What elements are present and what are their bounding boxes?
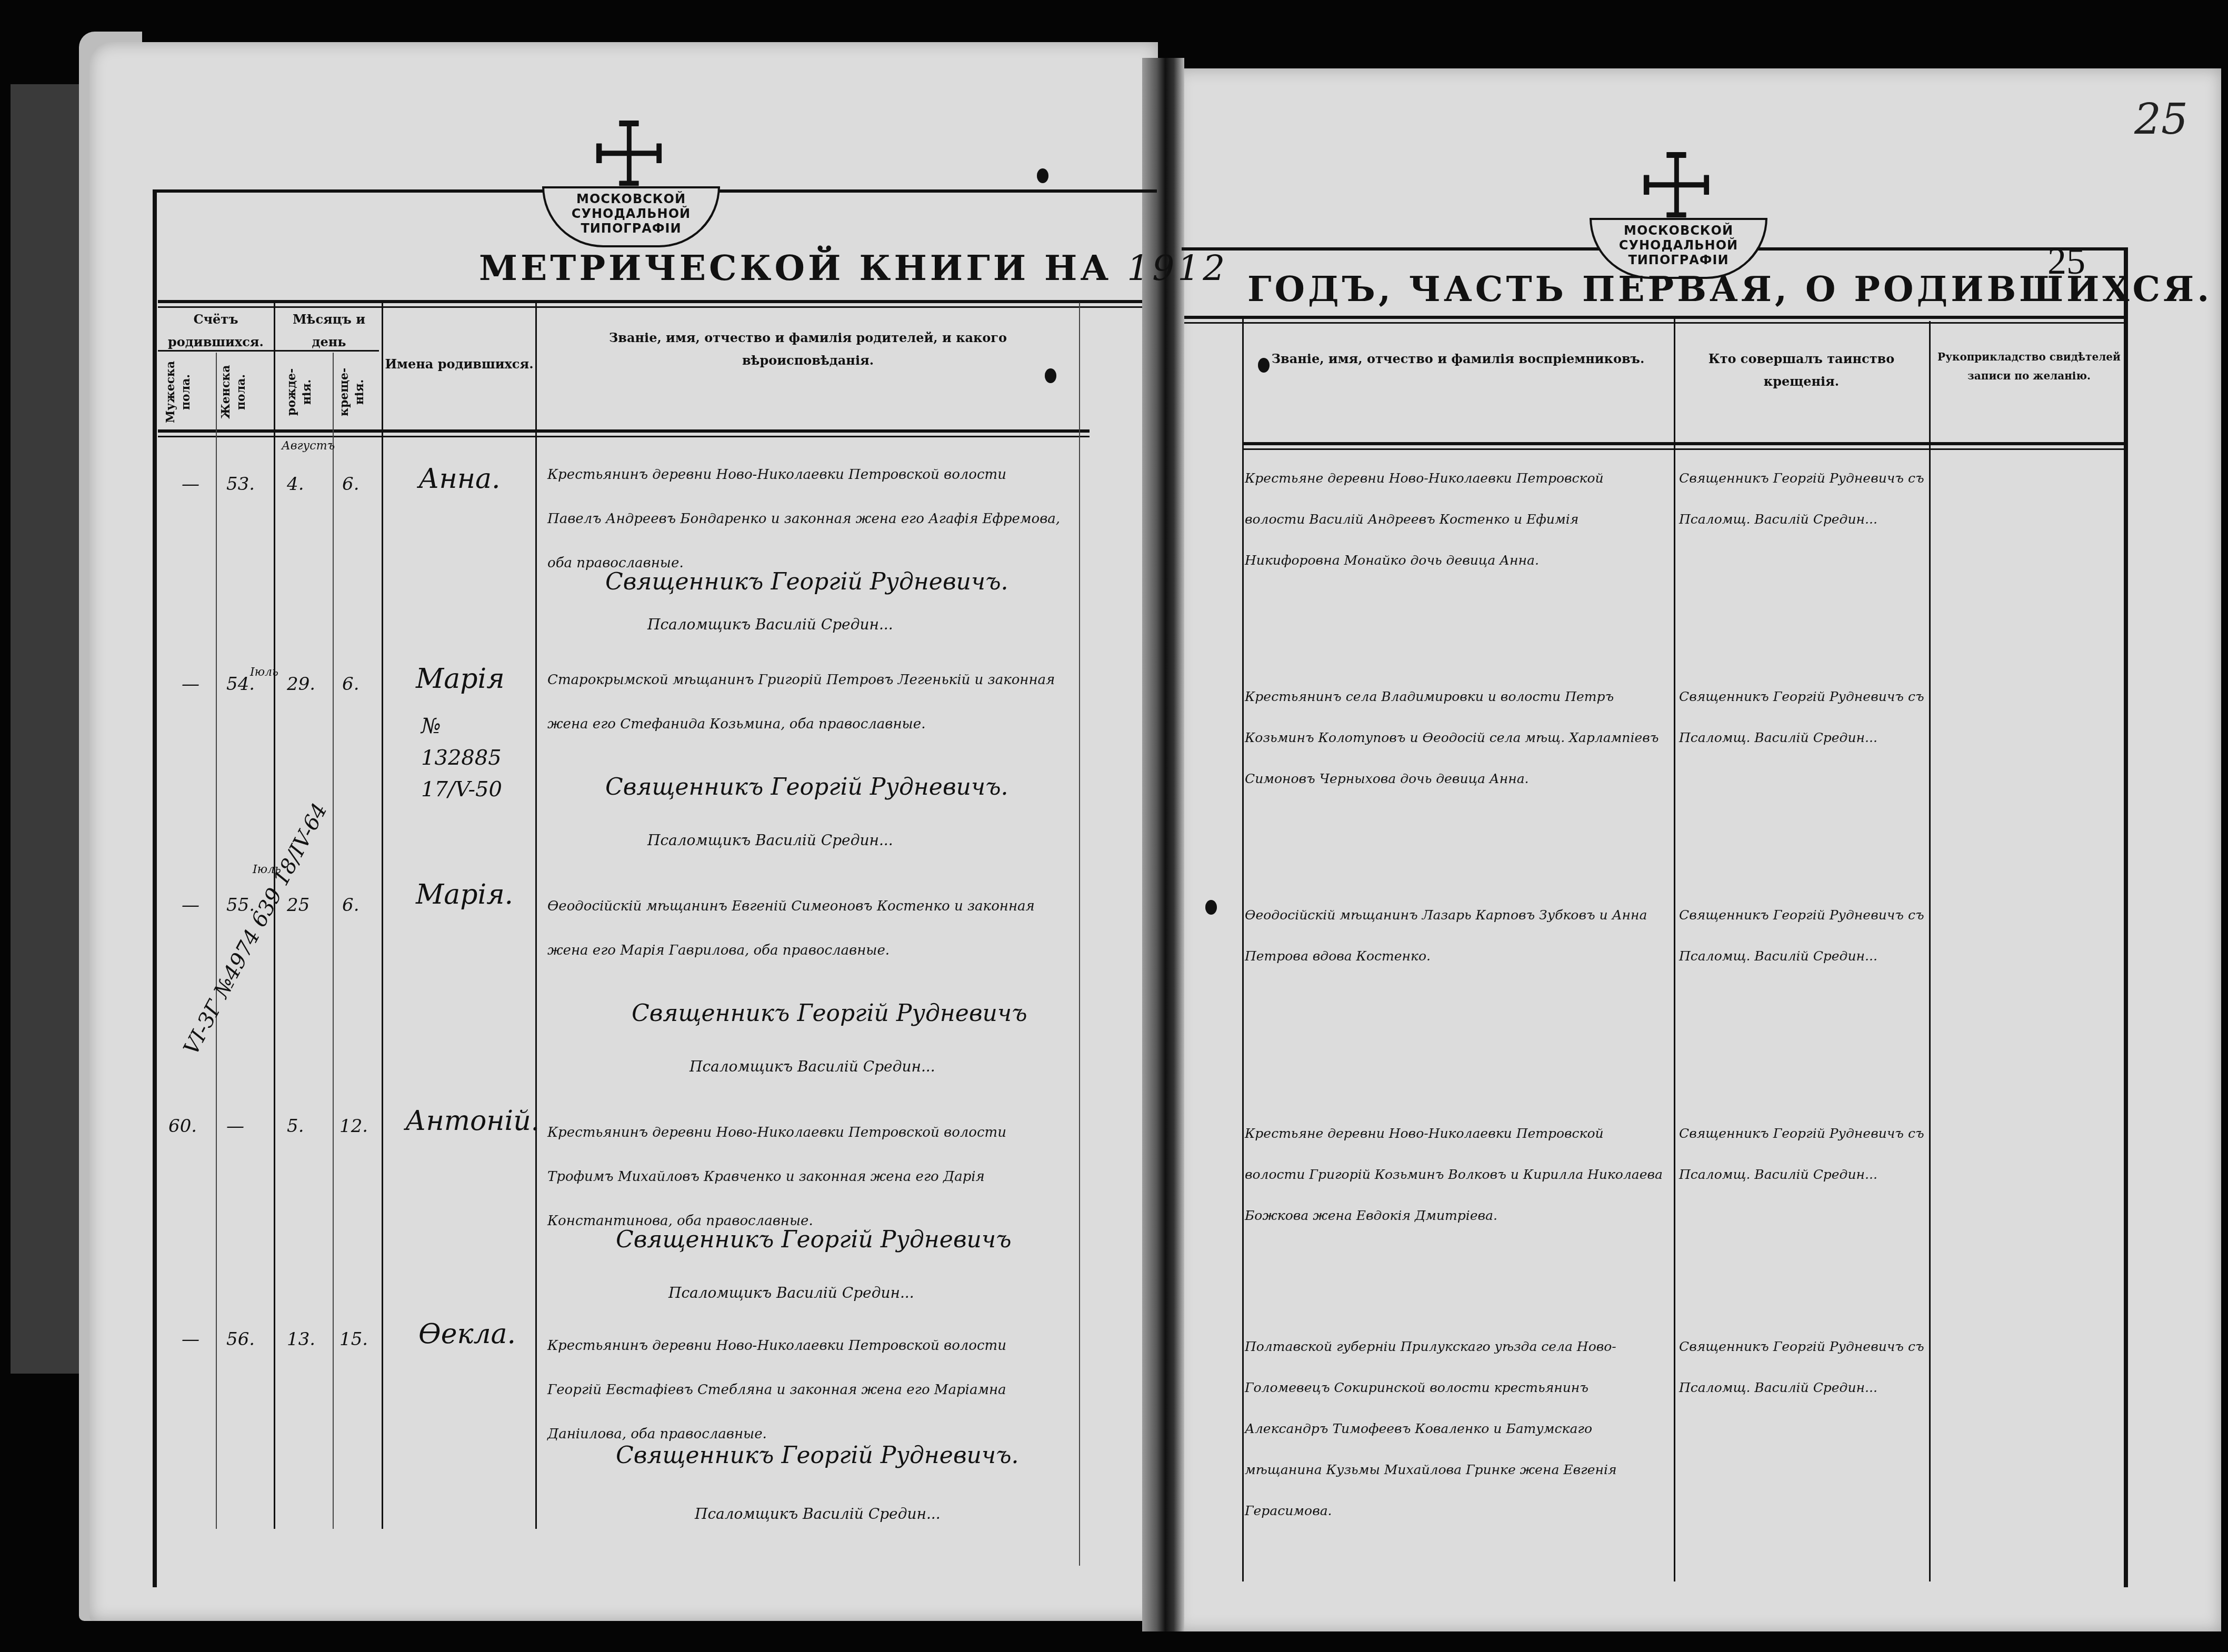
child-name: Марія.	[416, 879, 513, 910]
header-date-group: Мѣсяцъ и день	[279, 308, 379, 353]
female-count: 54.	[226, 674, 255, 695]
col-divider	[1929, 321, 1931, 1581]
priest-signature: Священникъ Георгій Рудневичъ	[616, 1226, 1012, 1253]
emblem-ribbon: МОСКОВСКОЙ СУНОДАЛЬНОЙ ТИПОГРАФІИ	[542, 186, 720, 247]
godparents-text: Крестьяне деревни Ново-Николаевки Петров…	[1245, 1113, 1666, 1236]
binding-hole	[1258, 358, 1270, 373]
col-divider	[535, 303, 537, 1529]
margin-note: № 132885 17/V-50	[421, 710, 526, 805]
header-priest: Кто совершалъ таинство крещенія.	[1679, 347, 1924, 393]
header-male: Мужеска пола.	[163, 358, 193, 426]
baptism-day: 6.	[342, 474, 359, 495]
female-count: —	[226, 1116, 244, 1137]
child-name: Анна.	[418, 463, 500, 495]
male-count: —	[182, 1329, 199, 1350]
psalmist-signature: Псаломщикъ Василій Средин...	[695, 1505, 941, 1523]
header-top-rule	[1184, 316, 2126, 324]
male-count: —	[182, 895, 199, 916]
header-top-rule	[158, 300, 1142, 308]
priest-signature: Священникъ Георгій Рудневичъ	[632, 1000, 1027, 1027]
parents-text: Крестьянинъ деревни Ново-Николаевки Петр…	[547, 453, 1063, 585]
priest-text: Священникъ Георгій Рудневичъ съ Псаломщ.…	[1679, 895, 1926, 977]
col-divider	[333, 353, 334, 1529]
left-title: МЕТРИЧЕСКОЙ КНИГИ НА 1912	[479, 247, 1228, 288]
header-baptism-day: креще-нія.	[337, 358, 367, 426]
col-divider	[1674, 318, 1675, 1581]
header-godparents: Званіе, имя, отчество и фамилія воспріем…	[1253, 347, 1663, 370]
month-note: Августъ	[282, 439, 335, 453]
godparents-text: Ѳеодосійскій мѣщанинъ Лазарь Карповъ Зуб…	[1245, 895, 1666, 977]
birth-day: 5.	[287, 1116, 304, 1137]
handwritten-page-number: 25	[2134, 95, 2188, 144]
psalmist-signature: Псаломщикъ Василій Средин...	[668, 1284, 914, 1301]
godparents-text: Крестьяне деревни Ново-Николаевки Петров…	[1245, 458, 1666, 581]
header-parents: Званіе, имя, отчество и фамилія родителе…	[547, 326, 1068, 372]
header-names: Имена родившихся.	[384, 353, 534, 375]
priest-signature: Священникъ Георгій Рудневичъ.	[605, 568, 1008, 595]
col-divider	[1242, 318, 1244, 1581]
child-name: Марія	[416, 663, 505, 695]
baptism-day: 6.	[342, 674, 359, 695]
priest-signature: Священникъ Георгій Рудневичъ.	[616, 1442, 1019, 1469]
baptism-day: 6.	[342, 895, 359, 916]
header-count-group: Счётъ родившихся.	[161, 308, 271, 353]
header-bottom-rule	[158, 429, 1090, 437]
printed-page-number: 25	[2047, 239, 2085, 283]
child-name: Ѳекла.	[418, 1318, 516, 1350]
godparents-text: Крестьянинъ села Владимировки и волости …	[1245, 676, 1666, 799]
psalmist-signature: Псаломщикъ Василій Средин...	[690, 1058, 935, 1075]
binding-hole	[1045, 368, 1056, 383]
priest-signature: Священникъ Георгій Рудневичъ.	[605, 774, 1008, 800]
priest-text: Священникъ Георгій Рудневичъ съ Псаломщ.…	[1679, 1326, 1926, 1408]
col-divider	[1079, 303, 1080, 1566]
male-count: —	[182, 474, 199, 495]
psalmist-signature: Псаломщикъ Василій Средин...	[647, 616, 893, 633]
header-female: Женска пола.	[218, 358, 248, 426]
header-birth-day: рожде-нія.	[284, 358, 314, 426]
header-witnesses: Рукоприкладство свидѣтелей записи по жел…	[1934, 347, 2124, 385]
priest-text: Священникъ Георгій Рудневичъ съ Псаломщ.…	[1679, 1113, 1926, 1195]
parents-text: Ѳеодосійскій мѣщанинъ Евгеній Симеоновъ …	[547, 884, 1063, 973]
col-divider	[382, 303, 383, 1529]
parents-text: Крестьянинъ деревни Ново-Николаевки Петр…	[547, 1324, 1063, 1456]
parents-text: Старокрымской мѣщанинъ Григорій Петровъ …	[547, 658, 1063, 746]
priest-text: Священникъ Георгій Рудневичъ съ Псаломщ.…	[1679, 676, 1926, 758]
col-divider	[216, 353, 217, 1529]
binding-hole	[1037, 168, 1048, 183]
female-count: 53.	[226, 474, 255, 495]
godparents-text: Полтавской губерніи Прилукскаго уѣзда се…	[1245, 1326, 1666, 1531]
birth-day: 4.	[287, 474, 304, 495]
birth-day: 13.	[287, 1329, 315, 1350]
birth-day: 29.	[287, 674, 315, 695]
female-count: 56.	[226, 1329, 255, 1350]
baptism-day: 15.	[339, 1329, 368, 1350]
priest-text: Священникъ Георгій Рудневичъ съ Псаломщ.…	[1679, 458, 1926, 540]
birth-day: 25	[287, 895, 309, 916]
male-count: —	[182, 674, 199, 695]
imperial-emblem-left: ☩ МОСКОВСКОЙ СУНОДАЛЬНОЙ ТИПОГРАФІИ	[542, 111, 716, 247]
imperial-emblem-right: ☩ МОСКОВСКОЙ СУНОДАЛЬНОЙ ТИПОГРАФІИ	[1590, 142, 1763, 279]
child-name: Антоній.	[405, 1105, 539, 1137]
male-count: 60.	[168, 1116, 197, 1137]
title-prefix: МЕТРИЧЕСКОЙ КНИГИ НА	[479, 247, 1112, 288]
binding-hole	[1205, 900, 1217, 915]
parents-text: Крестьянинъ деревни Ново-Николаевки Петр…	[547, 1110, 1063, 1243]
header-bottom-rule	[1242, 442, 2126, 450]
psalmist-signature: Псаломщикъ Василій Средин...	[647, 832, 893, 849]
baptism-day: 12.	[339, 1116, 368, 1137]
